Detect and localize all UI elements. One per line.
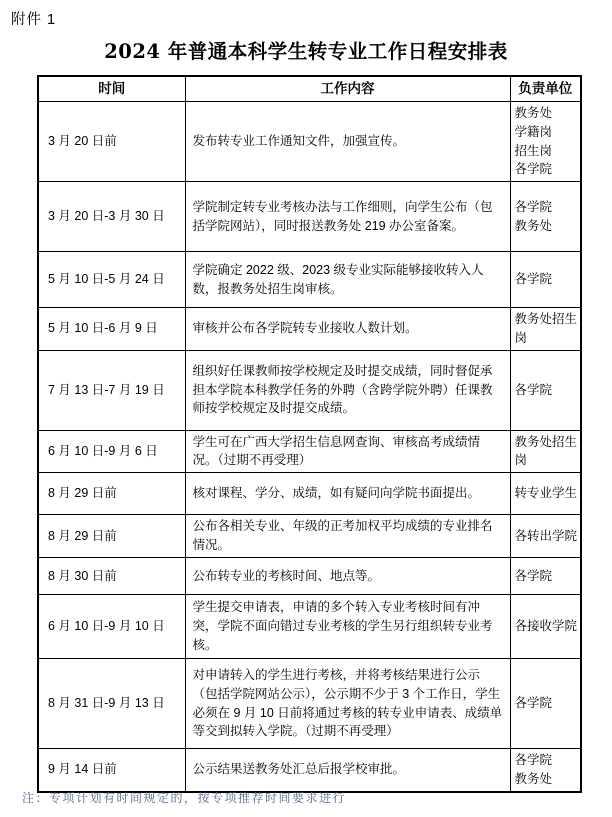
time-cell: 8 月 30 日前 [38,558,185,595]
table-body: 3 月 20 日前 发布转专业工作通知文件，加强宣传。 教务处 学籍岗 招生岗 … [38,102,581,792]
time-cell: 6 月 10 日-9 月 10 日 [38,595,185,659]
page-title: 2024 年普通本科学生转专业工作日程安排表 [0,36,612,64]
time-cell: 7 月 13 日-7 月 19 日 [38,350,185,430]
table-header: 时间 工作内容 负责单位 [38,76,581,102]
unit-cell: 教务处招生岗 [510,430,581,473]
table-row: 3 月 20 日前 发布转专业工作通知文件，加强宣传。 教务处 学籍岗 招生岗 … [38,102,581,182]
unit-cell: 各接收学院 [510,595,581,659]
time-cell: 3 月 20 日-3 月 30 日 [38,182,185,252]
table-row: 3 月 20 日-3 月 30 日 学院制定转专业考核办法与工作细则，向学生公布… [38,182,581,252]
time-cell: 5 月 10 日-5 月 24 日 [38,252,185,308]
time-cell: 8 月 31 日-9 月 13 日 [38,659,185,749]
time-cell: 5 月 10 日-6 月 9 日 [38,308,185,351]
unit-cell: 各学院 教务处 [510,749,581,792]
table-row: 5 月 10 日-6 月 9 日 审核并公布各学院转专业接收人数计划。 教务处招… [38,308,581,351]
content-cell: 学院制定转专业考核办法与工作细则，向学生公布（包括学院网站），同时报送教务处 2… [185,182,510,252]
attachment-label: 附件 1 [11,8,56,29]
content-cell: 审核并公布各学院转专业接收人数计划。 [185,308,510,351]
time-cell: 8 月 29 日前 [38,515,185,558]
table-row: 7 月 13 日-7 月 19 日 组织好任课教师按学校规定及时提交成绩，同时督… [38,350,581,430]
col-header-time: 时间 [38,76,185,102]
unit-cell: 转专业学生 [510,473,581,515]
content-cell: 学生提交申请表，申请的多个转入专业考核时间有冲突，学院不面向错过专业考核的学生另… [185,595,510,659]
unit-cell: 各学院 [510,252,581,308]
unit-cell: 教务处 学籍岗 招生岗 各学院 [510,102,581,182]
col-header-unit: 负责单位 [510,76,581,102]
content-cell: 公布各相关专业、年级的正考加权平均成绩的专业排名情况。 [185,515,510,558]
table-row: 8 月 29 日前 公布各相关专业、年级的正考加权平均成绩的专业排名情况。 各转… [38,515,581,558]
document-page: 附件 1 2024 年普通本科学生转专业工作日程安排表 时间 工作内容 负责单位… [0,0,612,817]
table-row: 5 月 10 日-5 月 24 日 学院确定 2022 级、2023 级专业实际… [38,252,581,308]
unit-cell: 各转出学院 [510,515,581,558]
unit-cell: 各学院 [510,558,581,595]
header-row: 时间 工作内容 负责单位 [38,76,581,102]
table-row: 6 月 10 日-9 月 6 日 学生可在广西大学招生信息网查询、审核高考成绩情… [38,430,581,473]
time-cell: 6 月 10 日-9 月 6 日 [38,430,185,473]
table-row: 8 月 30 日前 公布转专业的考核时间、地点等。 各学院 [38,558,581,595]
content-cell: 组织好任课教师按学校规定及时提交成绩，同时督促承担本学院本科教学任务的外聘（含跨… [185,350,510,430]
time-cell: 8 月 29 日前 [38,473,185,515]
content-cell: 公示结果送教务处汇总后报学校审批。 [185,749,510,792]
table-row: 8 月 29 日前 核对课程、学分、成绩，如有疑问向学院书面提出。 转专业学生 [38,473,581,515]
unit-cell: 教务处招生岗 [510,308,581,351]
unit-cell: 各学院 [510,350,581,430]
col-header-content: 工作内容 [185,76,510,102]
time-cell: 9 月 14 日前 [38,749,185,792]
content-cell: 核对课程、学分、成绩，如有疑问向学院书面提出。 [185,473,510,515]
table-row: 8 月 31 日-9 月 13 日 对申请转入的学生进行考核，并将考核结果进行公… [38,659,581,749]
table-row: 9 月 14 日前 公示结果送教务处汇总后报学校审批。 各学院 教务处 [38,749,581,792]
content-cell: 学生可在广西大学招生信息网查询、审核高考成绩情况。（过期不再受理） [185,430,510,473]
schedule-table: 时间 工作内容 负责单位 3 月 20 日前 发布转专业工作通知文件，加强宣传。… [37,75,582,793]
table-row: 6 月 10 日-9 月 10 日 学生提交申请表，申请的多个转入专业考核时间有… [38,595,581,659]
content-cell: 发布转专业工作通知文件，加强宣传。 [185,102,510,182]
time-cell: 3 月 20 日前 [38,102,185,182]
unit-cell: 各学院 [510,659,581,749]
unit-cell: 各学院 教务处 [510,182,581,252]
content-cell: 公布转专业的考核时间、地点等。 [185,558,510,595]
content-cell: 学院确定 2022 级、2023 级专业实际能够接收转入人数，报教务处招生岗审核… [185,252,510,308]
content-cell: 对申请转入的学生进行考核，并将考核结果进行公示（包括学院网站公示），公示期不少于… [185,659,510,749]
footnote: 注：专项计划有时间规定的，按专项推荐时间要求进行 [22,789,346,806]
